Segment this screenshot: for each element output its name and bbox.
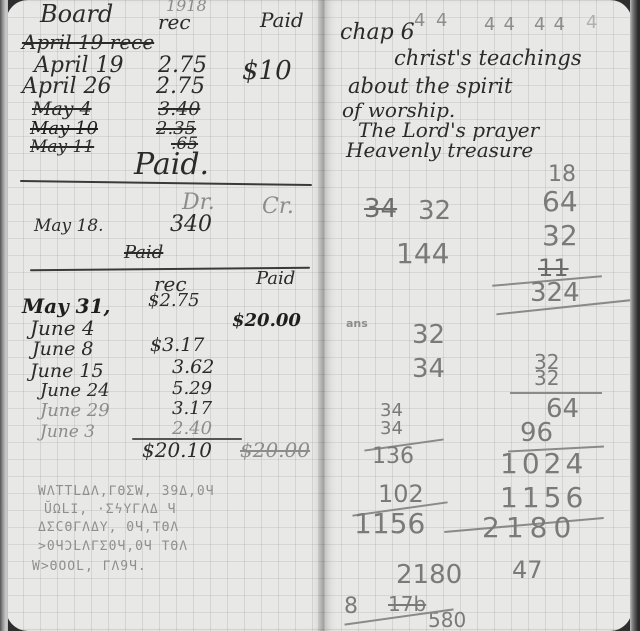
struck-number: 34 <box>364 196 397 222</box>
ledger2-total: $20.10 <box>142 440 212 460</box>
left-partial-1: 136 <box>372 446 414 468</box>
right-sum-total: 2180 <box>482 514 577 542</box>
left-multiplicand-1: 32 <box>412 322 445 348</box>
right-result-1: 1024 <box>500 450 587 478</box>
header-rec-label: rec <box>158 12 191 32</box>
ledger2-row-1-amount: $2.75 <box>148 292 200 310</box>
division-remainder: 580 <box>428 610 466 630</box>
left-partial-multiplicand-2: 34 <box>380 420 403 438</box>
right-stack-2: 64 <box>542 188 578 216</box>
dr-struck-word: Paid <box>124 244 163 262</box>
tally-mark-5: 4 <box>586 12 605 33</box>
right-addend: 1156 <box>500 484 587 512</box>
right-sum: 324 <box>530 280 580 306</box>
ledger2-row-3-date: June 8 <box>32 340 93 359</box>
ledger2-row-1-date: May 31, <box>22 296 110 316</box>
ledger2-row-2-paid: $20.00 <box>232 312 301 330</box>
tally-mark-1: 4 <box>414 10 433 31</box>
right-multiplicand-2: 32 <box>534 368 559 388</box>
cipher-line-3: ΔΣCΘΓΛΔΥ, 0Ч,ΤΘΛ <box>38 521 179 534</box>
header-title: Board <box>40 2 113 26</box>
left-page: Board 1918 rec Paid April 19 rece April … <box>6 0 324 631</box>
ledger-row-4-date: May 10 <box>30 120 98 138</box>
right-stack-1: 18 <box>548 164 576 186</box>
left-result: 1156 <box>354 510 425 538</box>
dr-label: Dr. <box>182 192 215 214</box>
notebook-right-edge <box>630 0 640 631</box>
cipher-line-2: ŬΩLΙ, ·ΣϟΥΓΛΔ Ч <box>44 503 176 516</box>
top-pair: 32 <box>418 198 451 224</box>
cipher-line-4: >0ЧϽLΛΓΣ0Ч,0Ч ΤΘΛ <box>38 540 188 553</box>
ledger2-row-6-date: June 29 <box>40 402 110 420</box>
note-line-5: Heavenly treasure <box>346 140 533 160</box>
ledger2-row-4-date: June 15 <box>30 362 104 381</box>
tally-mark-2: 4 <box>436 10 455 31</box>
ledger2-row-6-amount: 3.17 <box>172 400 212 418</box>
ledger-row-3-amount: 3.40 <box>158 100 200 119</box>
ledger2-row-5-amount: 5.29 <box>172 380 212 398</box>
struck-entry: April 19 rece <box>22 32 154 52</box>
paid-stamp: Paid. <box>134 150 209 180</box>
division-partial: 17b <box>388 594 426 614</box>
ledger-row-5-date: May 11 <box>30 139 94 156</box>
notebook-left-edge <box>0 0 8 631</box>
cipher-line-5: W>ΘΟΟL, ΓΛ9Ч. <box>32 560 147 573</box>
ledger2-row-7-date: June 3 <box>40 424 95 441</box>
dr-amount: 340 <box>170 214 212 236</box>
cr-label: Cr. <box>262 196 294 218</box>
right-stack-3: 32 <box>542 222 578 250</box>
note-line-4: The Lord's prayer <box>358 120 539 140</box>
ledger2-row-7-amount: 2.40 <box>172 420 212 438</box>
left-partial-2: 102 <box>378 482 424 506</box>
second-paid-label: Paid <box>256 270 295 288</box>
ledger2-row-3-amount: $3.17 <box>150 336 204 355</box>
product-guess: 144 <box>396 240 449 268</box>
note-line-2: about the spirit <box>348 76 512 97</box>
right-partial-2: 96 <box>520 420 553 446</box>
division-dividend: 2180 <box>396 562 462 588</box>
tally-mark-3: 44 <box>484 14 523 35</box>
division-quotient: 47 <box>512 558 543 582</box>
division-divisor-struck: 8 <box>344 596 358 618</box>
ledger-row-3-date: May 4 <box>32 100 92 119</box>
ledger2-row-5-date: June 24 <box>40 382 110 400</box>
left-multiplicand-2: 34 <box>412 356 445 382</box>
right-page: chap 6 4 4 44 44 4 christ's teachings ab… <box>324 0 632 631</box>
chapter-heading: chap 6 <box>340 22 415 44</box>
ledger2-row-4-amount: 3.62 <box>172 358 214 377</box>
tally-mark-4: 44 <box>534 14 573 35</box>
right-struck-sum: 11 <box>538 256 569 280</box>
note-line-3: of worship. <box>342 100 455 120</box>
cipher-line-1: WΛTTLΔΛ,ΓΘΣW, 39Δ,0Ч <box>38 485 215 498</box>
note-line-1: christ's teachings <box>394 48 582 69</box>
ledger-row-1-paid: $10 <box>242 58 292 84</box>
header-paid-label: Paid <box>260 10 304 30</box>
ledger-row-2-amount: 2.75 <box>156 76 205 98</box>
ledger-row-2-date: April 26 <box>22 76 112 98</box>
ledger2-total-paid: $20.00 <box>240 440 310 460</box>
notebook-spread: Board 1918 rec Paid April 19 rece April … <box>0 0 640 631</box>
dr-date: May 18. <box>34 218 104 235</box>
stray-mark: ans <box>346 318 368 329</box>
ledger2-row-2-date: June 4 <box>30 318 95 338</box>
